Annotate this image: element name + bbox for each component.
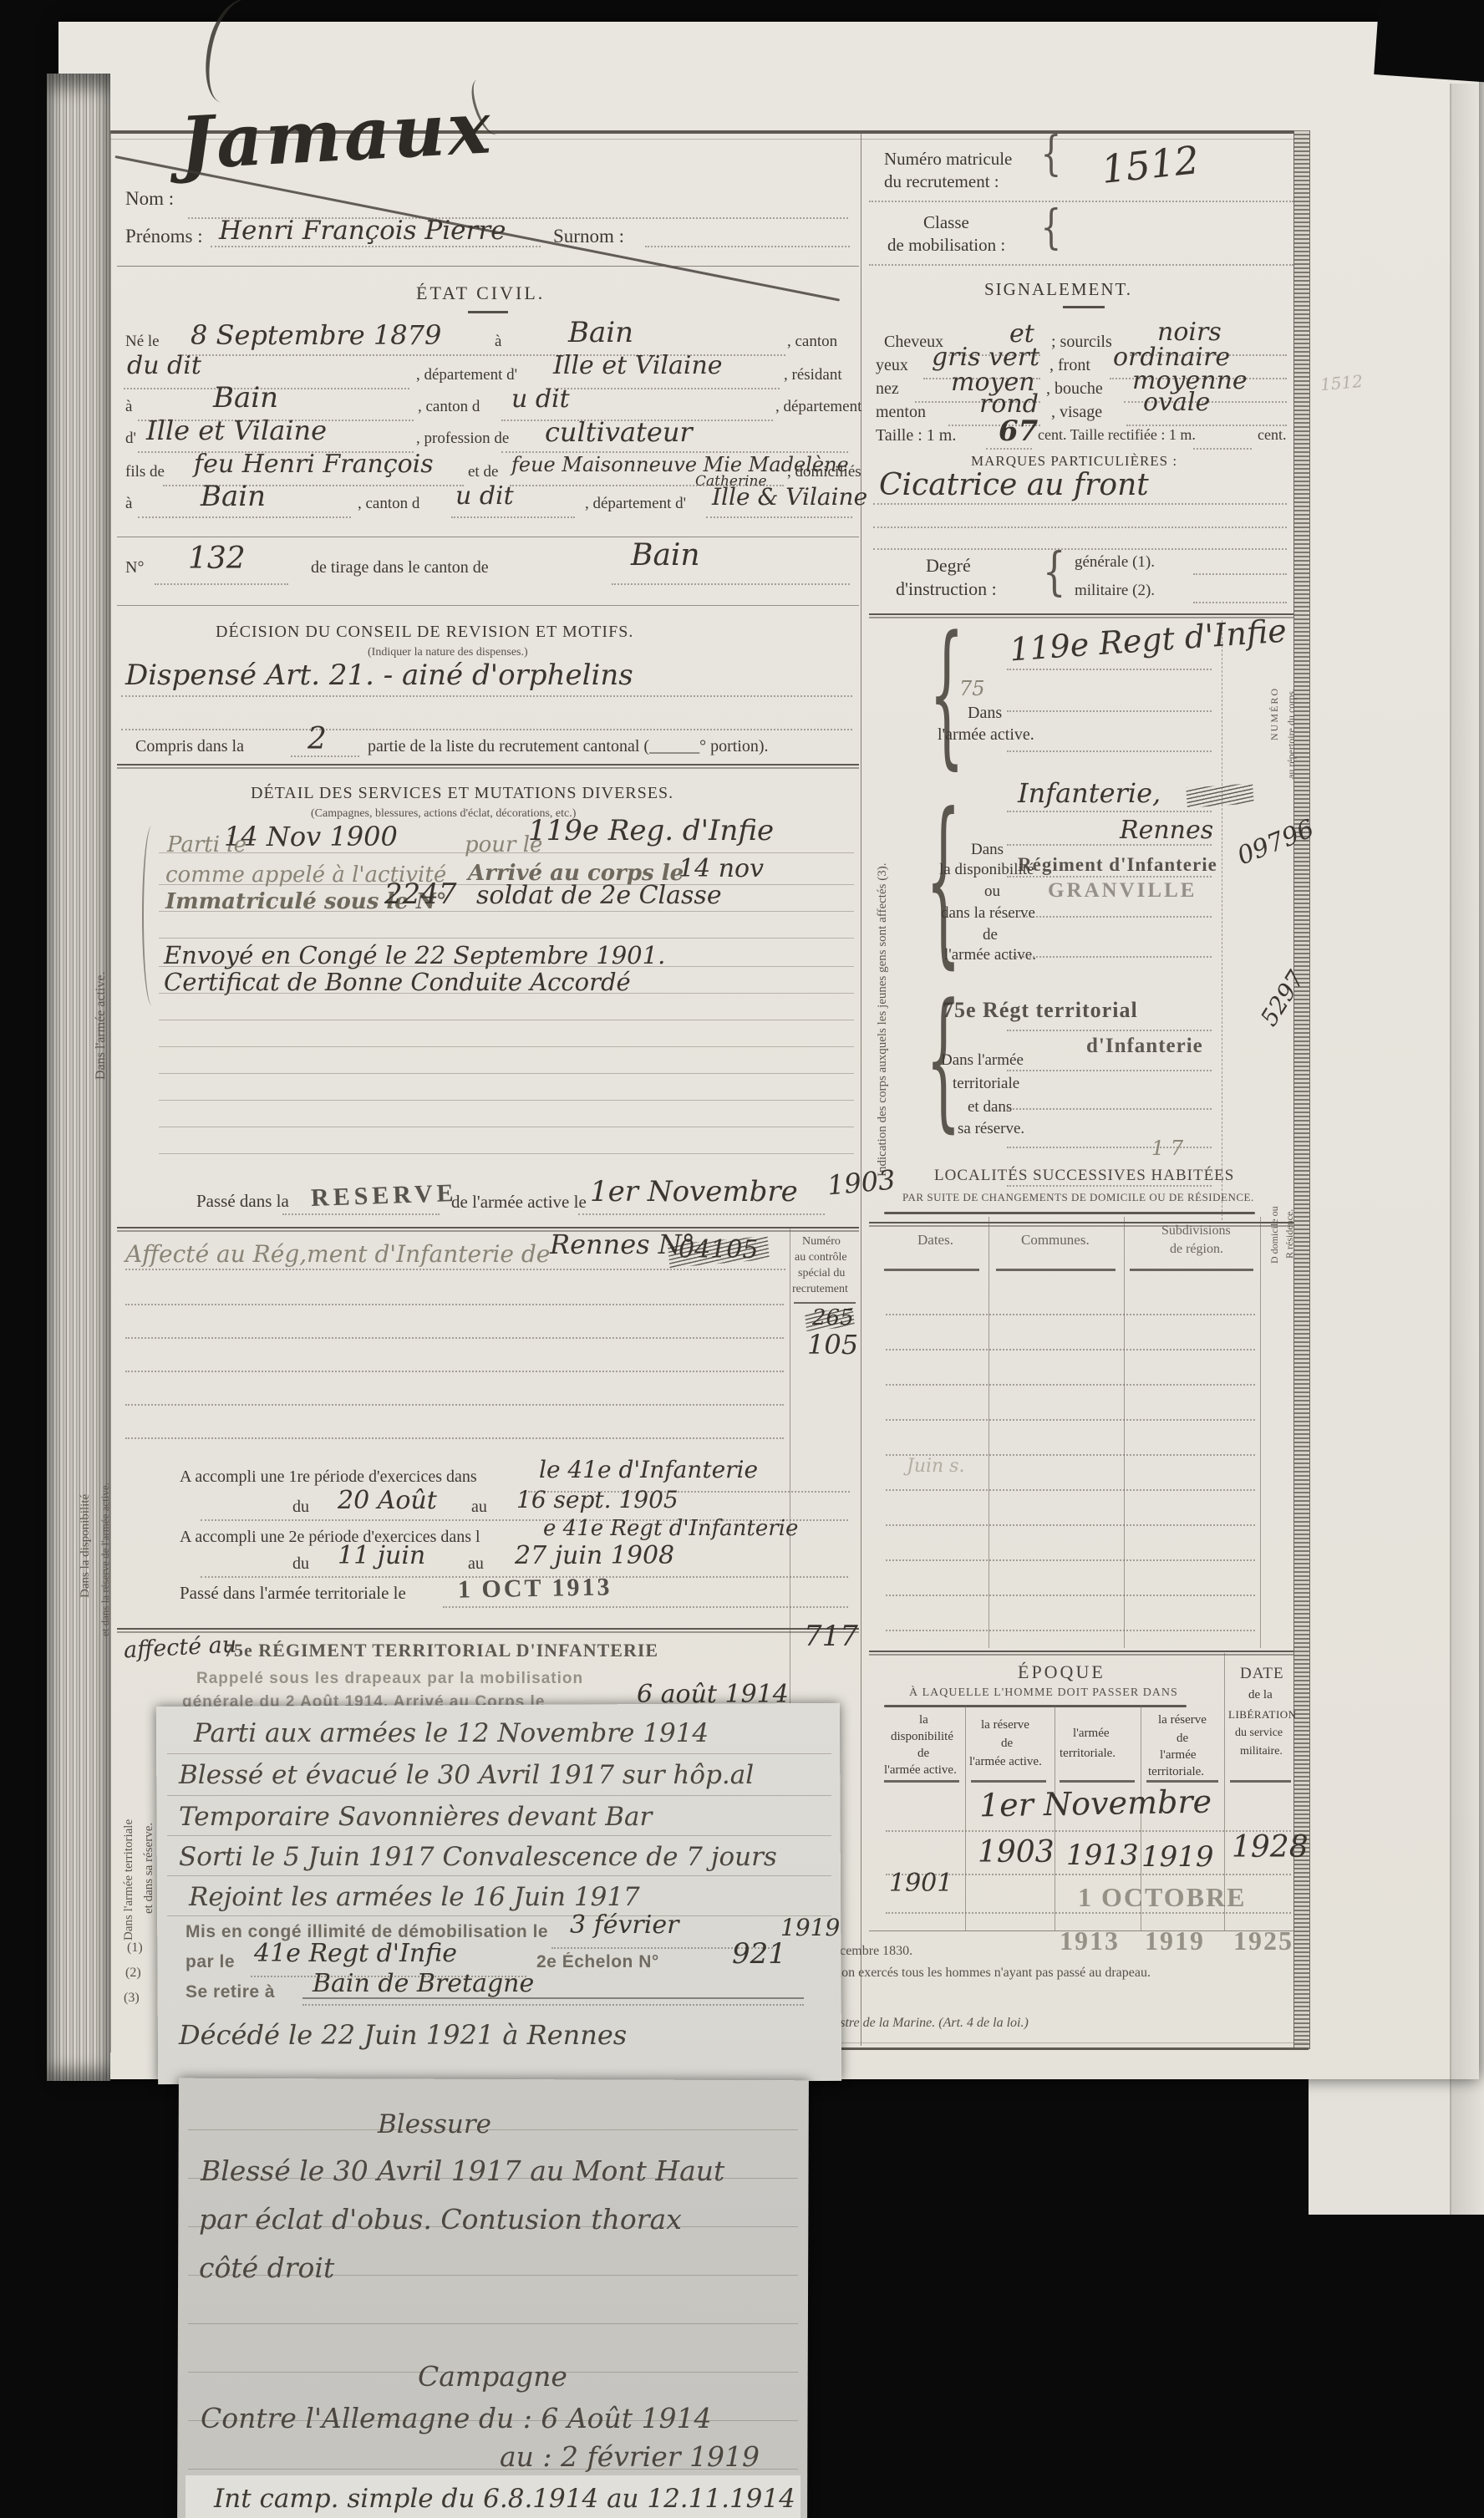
controle-label-1: Numéro xyxy=(802,1235,841,1249)
active-baseline-2 xyxy=(1007,710,1212,712)
matricule-label-1: Numéro matricule xyxy=(884,149,1012,170)
compris-pre: Compris dans la xyxy=(135,737,244,756)
mob-stamp-1: 75e RÉGIMENT TERRITORIAL D'INFANTERIE xyxy=(224,1640,658,1661)
pencil-note: 1512 xyxy=(1319,371,1364,394)
dispo-label-3: ou xyxy=(984,883,1000,901)
blank-row-4 xyxy=(125,1404,784,1406)
blessure-line-1: Blessé le 30 Avril 1917 au Mont Haut xyxy=(201,2154,724,2187)
dispo-side-label-2: et dans la réserve de l'armée active. xyxy=(99,1483,112,1636)
reserve-year: 1903 xyxy=(826,1164,896,1202)
tirage-canton: Bain xyxy=(631,538,700,572)
active-label-2: l'armée active. xyxy=(938,725,1034,745)
dispo-side-label-1: Dans la disponibilité xyxy=(79,1494,93,1598)
svc-l1-date: 14 Nov 1900 xyxy=(224,821,398,852)
blank-row-3 xyxy=(125,1371,784,1372)
prof-value: cultivateur xyxy=(545,416,693,448)
slip-retire-strike xyxy=(302,1997,804,1999)
terr-side-label-2: et dans sa réserve. xyxy=(142,1823,156,1914)
canton2-value: u dit xyxy=(511,384,570,414)
epoque-hw-y1: 1903 xyxy=(978,1835,1055,1869)
epoque-col1-4: l'armée active. xyxy=(884,1763,957,1778)
birth-place: Bain xyxy=(568,316,633,349)
etat-civil-underline xyxy=(468,311,508,313)
dispo-baseline-4 xyxy=(1007,916,1212,918)
reserve-pre: Passé dans la xyxy=(196,1191,289,1212)
svc-rule-11 xyxy=(159,1127,854,1127)
epoque-col2-1: la réserve xyxy=(981,1718,1029,1732)
localites-head-rule-2 xyxy=(996,1269,1116,1271)
ec-baseline-6 xyxy=(138,516,351,518)
marques-baseline-2 xyxy=(873,526,1287,528)
slip2-rule-1 xyxy=(188,2129,798,2130)
campagne-title: Campagne xyxy=(418,2360,567,2393)
dispo-infanterie: Infanterie, xyxy=(1018,777,1161,809)
localites-title: LOCALITÉS SUCCESSIVES HABITÉES xyxy=(934,1167,1234,1185)
periode2-value: e 41e Regt d'Infanterie xyxy=(543,1516,798,1541)
dispo-label-6: l'armée active. xyxy=(944,946,1036,964)
loc-row-8 xyxy=(886,1559,1255,1561)
loc-row-10 xyxy=(886,1630,1255,1631)
tirage-numero: 132 xyxy=(188,542,246,576)
slip-rule-1 xyxy=(167,1753,831,1754)
terr-stamp-2: d'Infanterie xyxy=(1086,1035,1203,1058)
services-title: DÉTAIL DES SERVICES ET MUTATIONS DIVERSE… xyxy=(251,784,673,803)
dep1-label: , département d' xyxy=(416,366,517,384)
localites-bottom-rule xyxy=(869,1651,1293,1652)
periode1-to: 16 sept. 1905 xyxy=(516,1486,678,1513)
slip-demob-date: 3 février xyxy=(570,1910,678,1940)
decision-baseline xyxy=(121,695,852,697)
svc-rule-1 xyxy=(159,852,854,853)
tirage-text: de tirage dans le canton de xyxy=(311,558,489,577)
footnote-2: comme non exercés tous les hommes n'ayan… xyxy=(792,1966,1151,1981)
a3-label: à xyxy=(125,495,132,513)
compris-num: 2 xyxy=(307,722,327,756)
dispo-baseline-5 xyxy=(1007,956,1212,958)
bouche-label: , bouche xyxy=(1046,379,1103,399)
prenoms-label: Prénoms : xyxy=(125,226,203,247)
epoque-head-rule-4 xyxy=(1146,1780,1218,1783)
epoque-col1-1: la xyxy=(919,1713,928,1727)
periode2-du: du xyxy=(292,1554,309,1574)
epoque-head-rule-2 xyxy=(971,1780,1046,1783)
epoque-head-rule-1 xyxy=(884,1780,959,1783)
marques-baseline-1 xyxy=(873,503,1287,505)
campagne-line-2: au : 2 février 1919 xyxy=(500,2440,760,2473)
header-rule xyxy=(117,266,859,267)
epoque-col1-3: de xyxy=(917,1747,929,1761)
front-label: , front xyxy=(1049,356,1090,375)
epoque-date-1: DATE xyxy=(1240,1665,1284,1683)
localites-col2: Communes. xyxy=(1021,1232,1090,1249)
canton3-value: u dit xyxy=(455,481,514,511)
epoque-col3-2: territoriale. xyxy=(1060,1747,1116,1761)
decision-heavy-rule xyxy=(117,764,859,766)
slip-retire-value: Bain de Bretagne xyxy=(313,1969,534,1998)
decision-subtitle: (Indiquer la nature des dispenses.) xyxy=(368,646,528,659)
classe-divider xyxy=(869,264,1293,266)
frame-right-band xyxy=(1293,130,1310,2049)
epoque-hw-y4: 1928 xyxy=(1232,1830,1309,1864)
epoque-date-3: LIBÉRATION xyxy=(1228,1708,1297,1722)
loc-row-4 xyxy=(886,1419,1255,1421)
svc-l3-num: 2247 xyxy=(384,877,457,911)
localites-head-rule-1 xyxy=(884,1269,979,1271)
svc-rule-12 xyxy=(159,1153,854,1154)
yeux-label: yeux xyxy=(876,356,908,375)
localites-col3b: de région. xyxy=(1170,1242,1223,1257)
slip-line-2: Blessé et évacué le 30 Avril 1917 sur hô… xyxy=(179,1760,754,1790)
classe-brace: { xyxy=(1040,207,1061,249)
epoque-head-rule-3 xyxy=(1060,1780,1135,1783)
dispo-baseline-3 xyxy=(1007,876,1212,877)
surnom-label: Surnom : xyxy=(553,226,624,247)
tirage-no-label: N° xyxy=(125,558,144,577)
epoque-col1-2: disponibilité xyxy=(891,1730,953,1744)
instruction-generale: générale (1). xyxy=(1075,553,1155,572)
controle-num: 105 xyxy=(807,1329,858,1361)
dep4-label: , département d' xyxy=(585,495,686,513)
mob-stamp-2: Rappelé sous les drapeaux par la mobilis… xyxy=(196,1670,583,1688)
classe-label-2: de mobilisation : xyxy=(887,235,1005,256)
terr-baseline-2 xyxy=(1007,1070,1212,1071)
nom-label: Nom : xyxy=(125,188,174,210)
name-script: Jamaux xyxy=(178,85,496,186)
birth-date: 8 Septembre 1879 xyxy=(191,319,441,351)
slip2-rule-5 xyxy=(188,2323,798,2324)
surnom-baseline xyxy=(645,246,850,247)
instruction-baseline-2 xyxy=(1193,602,1287,603)
epoque-stamp-oct: 1 OCTOBRE xyxy=(1078,1882,1246,1913)
compris-baseline xyxy=(291,755,359,757)
corps-numero-label-1: NUMÉRO xyxy=(1268,687,1281,740)
localites-brace-rule xyxy=(884,1212,1255,1214)
footnote-marker-1: (1) xyxy=(127,1941,143,1956)
visage-label: , visage xyxy=(1051,403,1102,422)
canton1-label: , canton xyxy=(787,333,837,351)
active-baseline-1 xyxy=(1007,669,1212,670)
terr-passage-stamp: 1 OCT 1913 xyxy=(458,1573,612,1604)
active-baseline-3 xyxy=(1007,750,1212,752)
loc-row-7 xyxy=(886,1524,1255,1526)
page-edge-shadow xyxy=(1451,84,1484,2215)
blank-row-2 xyxy=(125,1337,784,1339)
taille-baseline-2 xyxy=(1193,448,1252,450)
epoque-date-2: de la xyxy=(1248,1688,1273,1702)
father-value: feu Henri François xyxy=(194,450,434,479)
svc-rule-8 xyxy=(159,1046,854,1047)
epoque-col4-4: territoriale. xyxy=(1148,1765,1204,1779)
dispo-stamp-granville: GRANVILLE xyxy=(1048,879,1197,903)
affecte-baseline xyxy=(125,1269,785,1270)
dispo-stamp-regiment: Régiment d'Infanterie xyxy=(1018,854,1217,876)
prof-label: , profession de xyxy=(416,430,509,448)
d3-label: d' xyxy=(125,430,136,448)
epoque-title: ÉPOQUE xyxy=(1018,1661,1105,1683)
slip-line-1: Parti aux armées le 12 Novembre 1914 xyxy=(194,1718,709,1748)
decision-baseline-2 xyxy=(121,729,852,730)
periode1-from: 20 Août xyxy=(338,1486,437,1515)
controle-underline xyxy=(794,1302,856,1304)
faint-17: 1 7 xyxy=(1151,1137,1183,1160)
affecte-pre: Affecté au Rég,ment d'Infanterie de xyxy=(125,1240,550,1268)
matricule-divider xyxy=(869,201,1293,202)
epoque-head-rule-5 xyxy=(1230,1780,1291,1783)
blank-row-5 xyxy=(125,1437,784,1439)
slip-retire-label: Se retire à xyxy=(185,1982,275,2002)
svc-rule-6 xyxy=(159,993,854,994)
dispo-baseline-2 xyxy=(1007,844,1212,846)
prenoms-script: Henri François Pierre xyxy=(219,216,506,246)
blank-row-1 xyxy=(125,1304,784,1305)
localites-head-rule-3 xyxy=(1130,1269,1253,1271)
localites-side-label-1: D domicile ou xyxy=(1268,1206,1281,1264)
svc-l2-date: 14 nov xyxy=(678,854,764,883)
terr-label-2: territoriale xyxy=(953,1075,1019,1093)
tirage-rule xyxy=(117,605,859,606)
slip-par-le: par le xyxy=(185,1952,235,1972)
domicile-value: Bain xyxy=(201,480,266,513)
controle-label-2: au contrôle xyxy=(795,1251,847,1264)
localites-divider-3 xyxy=(1260,1217,1261,1648)
svc-rule-4 xyxy=(159,938,854,939)
slip-line-3: Temporaire Savonnières devant Bar xyxy=(179,1802,652,1832)
classe-label-1: Classe xyxy=(923,212,969,233)
matricule-label-2: du recrutement : xyxy=(884,171,999,192)
nez-label: nez xyxy=(876,379,899,399)
dispo-rennes: Rennes xyxy=(1120,816,1213,845)
instruction-militaire: militaire (2). xyxy=(1075,582,1155,600)
dispo-label-1: Dans xyxy=(971,841,1004,859)
ec-baseline-6c xyxy=(706,516,852,518)
active-label-1: Dans xyxy=(968,704,1002,723)
slip-line-4: Sorti le 5 Juin 1917 Convalescence de 7 … xyxy=(179,1842,777,1872)
epoque-hw-y3: 1919 xyxy=(1141,1840,1214,1874)
tirage-baseline-2 xyxy=(612,583,850,585)
slip-retire-baseline xyxy=(302,2004,804,2006)
controle-label-3: spécial du xyxy=(798,1267,845,1280)
terr-heavy-rule xyxy=(117,1628,859,1630)
svc-rule-7 xyxy=(159,1020,854,1020)
reserve-heavy-rule xyxy=(117,1227,859,1228)
visage-value: ovale xyxy=(1143,388,1210,417)
localites-col3a: Subdivisions xyxy=(1161,1223,1231,1239)
periode2-pre: A accompli une 2e période d'exercices da… xyxy=(180,1528,480,1547)
epoque-hw-dispo: 1901 xyxy=(889,1869,953,1898)
tirage-baseline-1 xyxy=(155,583,288,585)
loc-row-2 xyxy=(886,1349,1255,1351)
periode2-from: 11 juin xyxy=(338,1541,425,1570)
compris-post: partie de la liste du recrutement canton… xyxy=(368,737,769,756)
epoque-col2-2: de xyxy=(1001,1737,1013,1751)
epoque-divider-1 xyxy=(965,1705,966,1930)
services-side-label: Dans l'armée active. xyxy=(94,972,109,1080)
epoque-date-4: du service xyxy=(1235,1727,1283,1740)
periode1-pre: A accompli une 1re période d'exercices d… xyxy=(180,1468,477,1487)
epoque-row-3 xyxy=(886,1912,1291,1914)
localites-subtitle: PAR SUITE DE CHANGEMENTS DE DOMICILE OU … xyxy=(902,1191,1254,1204)
black-corner-top-right xyxy=(1374,0,1484,83)
epoque-hw-y2: 1913 xyxy=(1066,1839,1139,1872)
reserve-baseline-2 xyxy=(578,1213,825,1215)
svc-l4: Envoyé en Congé le 22 Septembre 1901. xyxy=(164,941,665,969)
terr-stamp-1: 75e Régt territorial xyxy=(943,998,1138,1023)
matricule-brace: { xyxy=(1040,134,1061,175)
terr-baseline-5 xyxy=(1007,1185,1212,1187)
blessure-line-3: côté droit xyxy=(199,2251,334,2284)
epoque-col4-2: de xyxy=(1177,1732,1188,1746)
menton-label: menton xyxy=(876,403,926,422)
slip-rule-4 xyxy=(167,1875,831,1876)
campagne-line-1: Contre l'Allemagne du : 6 Août 1914 xyxy=(201,2402,712,2434)
slip-echelon-num: 921 xyxy=(732,1937,786,1971)
reserve-baseline-1 xyxy=(282,1213,440,1215)
epoque-hw-month: 1er Novembre xyxy=(979,1783,1212,1824)
instruction-label-2: d'instruction : xyxy=(896,578,997,600)
taille-value: 67 xyxy=(999,415,1038,448)
localites-divider-1 xyxy=(988,1217,989,1648)
campagne-line-3: Int camp. simple du 6.8.1914 au 12.11.19… xyxy=(214,2484,795,2514)
epoque-row-1 xyxy=(886,1830,1291,1832)
taille-post: cent. xyxy=(1258,426,1286,444)
dispo-brace: { xyxy=(926,801,961,963)
taille-pre: Taille : 1 m. xyxy=(876,426,956,445)
loc-faint-entry: Juin s. xyxy=(907,1456,964,1477)
taille-baseline xyxy=(986,448,1032,450)
slip-regiment: 41e Regt d'Infie xyxy=(254,1939,457,1968)
corps-numero-divider xyxy=(1222,620,1222,1220)
blessure-line-2: par éclat d'obus. Contusion thorax xyxy=(199,2203,682,2236)
fils-de-label: fils de xyxy=(125,463,165,481)
slip-echelon-label: 2e Échelon N° xyxy=(536,1952,659,1972)
periode1-value: le 41e d'Infanterie xyxy=(539,1456,758,1483)
ne-le-label: Né le xyxy=(125,333,160,351)
dep1-value: Ille et Vilaine xyxy=(553,351,723,380)
periode1-au: au xyxy=(471,1498,487,1517)
slip-line-5: Rejoint les armées le 16 Juin 1917 xyxy=(189,1882,640,1912)
localites-side-label-2: R résidence. xyxy=(1283,1209,1296,1259)
prenoms-baseline xyxy=(211,246,541,247)
terr-passage-pre: Passé dans l'armée territoriale le xyxy=(180,1583,406,1604)
signalement-title: SIGNALEMENT. xyxy=(984,279,1132,300)
du-dit: du dit xyxy=(127,351,201,380)
dispo-label-5: de xyxy=(983,926,998,944)
periode2-to: 27 juin 1908 xyxy=(515,1541,674,1570)
controle-divider xyxy=(790,1228,790,1707)
localites-col1: Dates. xyxy=(917,1232,953,1249)
instruction-baseline-1 xyxy=(1193,573,1287,575)
svc-rule-3 xyxy=(159,911,854,912)
epoque-col4-1: la réserve xyxy=(1158,1713,1207,1727)
epoque-date-5: militaire. xyxy=(1240,1745,1283,1758)
sourcils-label: ; sourcils xyxy=(1051,333,1112,352)
reserve-stamp: RESERVE xyxy=(310,1179,458,1213)
periode1-du: du xyxy=(292,1498,309,1517)
faint-75: 75 xyxy=(959,677,985,700)
svc-rule-10 xyxy=(159,1100,854,1101)
marques-label: MARQUES PARTICULIÈRES : xyxy=(971,453,1177,470)
dep4-value: Ille & Vilaine xyxy=(712,483,867,511)
canton2-label: , canton d xyxy=(418,398,480,416)
slip-rule-2 xyxy=(167,1795,831,1796)
svc-l1-corps: 119e Reg. d'Infie xyxy=(528,814,774,847)
signalement-underline xyxy=(1063,306,1105,308)
dep3-value: Ille et Vilaine xyxy=(146,415,327,446)
marques-baseline-3 xyxy=(873,548,1287,550)
decision-value: Dispensé Art. 21. - ainé d'orphelins xyxy=(125,659,633,692)
epoque-col4-3: l'armée xyxy=(1160,1748,1197,1763)
epoque-subtitle: À LAQUELLE L'HOMME DOIT PASSER DANS xyxy=(909,1686,1178,1700)
dispo-label-4: dans la réserve xyxy=(941,904,1035,923)
etat-civil-title: ÉTAT CIVIL. xyxy=(416,282,545,304)
dep2-label: , département xyxy=(775,398,861,416)
epoque-col3-1: l'armée xyxy=(1073,1727,1110,1741)
dispo-baseline-1 xyxy=(1007,811,1212,812)
terr-label-1: Dans l'armée xyxy=(941,1051,1024,1070)
corps-numero-label-2: au répertoire du corps. xyxy=(1285,689,1298,779)
terr-label-3: et dans xyxy=(968,1098,1012,1117)
frame-left xyxy=(110,130,111,2053)
periode2-au: au xyxy=(468,1554,484,1574)
terr-side-label-1: Dans l'armée territoriale xyxy=(122,1819,136,1941)
instruction-brace: { xyxy=(1043,548,1066,595)
reserve-date: 1er Novembre xyxy=(590,1175,798,1208)
corps-side-label: Indication des corps auxquels les jeunes… xyxy=(876,863,890,1177)
svc-rule-9 xyxy=(159,1073,854,1074)
svc-rule-5 xyxy=(159,966,854,967)
residant-label: , résidant xyxy=(784,366,842,384)
blessure-title: Blessure xyxy=(378,2109,491,2139)
ec-baseline-6b xyxy=(451,516,575,518)
epoque-col2-3: l'armée active. xyxy=(969,1755,1042,1769)
slip-deces: Décédé le 22 Juin 1921 à Rennes xyxy=(179,2019,627,2051)
localites-divider-2 xyxy=(1124,1217,1125,1648)
loc-row-9 xyxy=(886,1595,1255,1596)
controle-label-4: recrutement xyxy=(792,1283,848,1296)
frame-center-divider xyxy=(861,130,861,2046)
terr-baseline-3 xyxy=(1007,1108,1212,1110)
taille-mid: cent. Taille rectifiée : 1 m. xyxy=(1038,426,1196,444)
reserve-mid: de l'armée active le xyxy=(451,1192,587,1213)
a1-label: à xyxy=(495,333,501,351)
domicilies-label: , domiciliés xyxy=(787,463,861,481)
ec-bottom-rule xyxy=(117,537,859,537)
instruction-label-1: Degré xyxy=(926,555,971,577)
ec-baseline-2b xyxy=(550,388,780,389)
slip-rule-5 xyxy=(167,1915,831,1916)
a2-label: à xyxy=(125,398,132,416)
footnote-marker-3: (3) xyxy=(124,1991,140,2006)
slip-rule-3 xyxy=(167,1835,831,1836)
canton3-label: , canton d xyxy=(358,495,419,513)
loc-row-3 xyxy=(886,1384,1255,1386)
terr-passage-baseline xyxy=(443,1606,848,1608)
footnote-3: Ministre de la Marine. (Art. 4 de la loi… xyxy=(815,2016,1029,2031)
mob-margin-note: 717 xyxy=(804,1620,858,1653)
loc-row-6 xyxy=(886,1489,1255,1491)
terr-baseline-1 xyxy=(1007,1030,1212,1031)
dispo-label-2: la disponibilité xyxy=(939,861,1034,879)
svc-l3-post: soldat de 2e Classe xyxy=(476,881,722,910)
slip-demob-year: 1919 xyxy=(780,1914,840,1941)
decision-title: DÉCISION DU CONSEIL DE REVISION ET MOTIF… xyxy=(216,623,633,642)
et-de-label: et de xyxy=(468,463,498,481)
residence-value: Bain xyxy=(213,381,278,415)
footnote-marker-2: (2) xyxy=(125,1966,141,1981)
epoque-bottom-rule xyxy=(869,1930,1293,1931)
scanned-military-record: Jamaux Nom : Prénoms : Henri François Pi… xyxy=(0,0,1484,2518)
loc-row-1 xyxy=(886,1314,1255,1315)
